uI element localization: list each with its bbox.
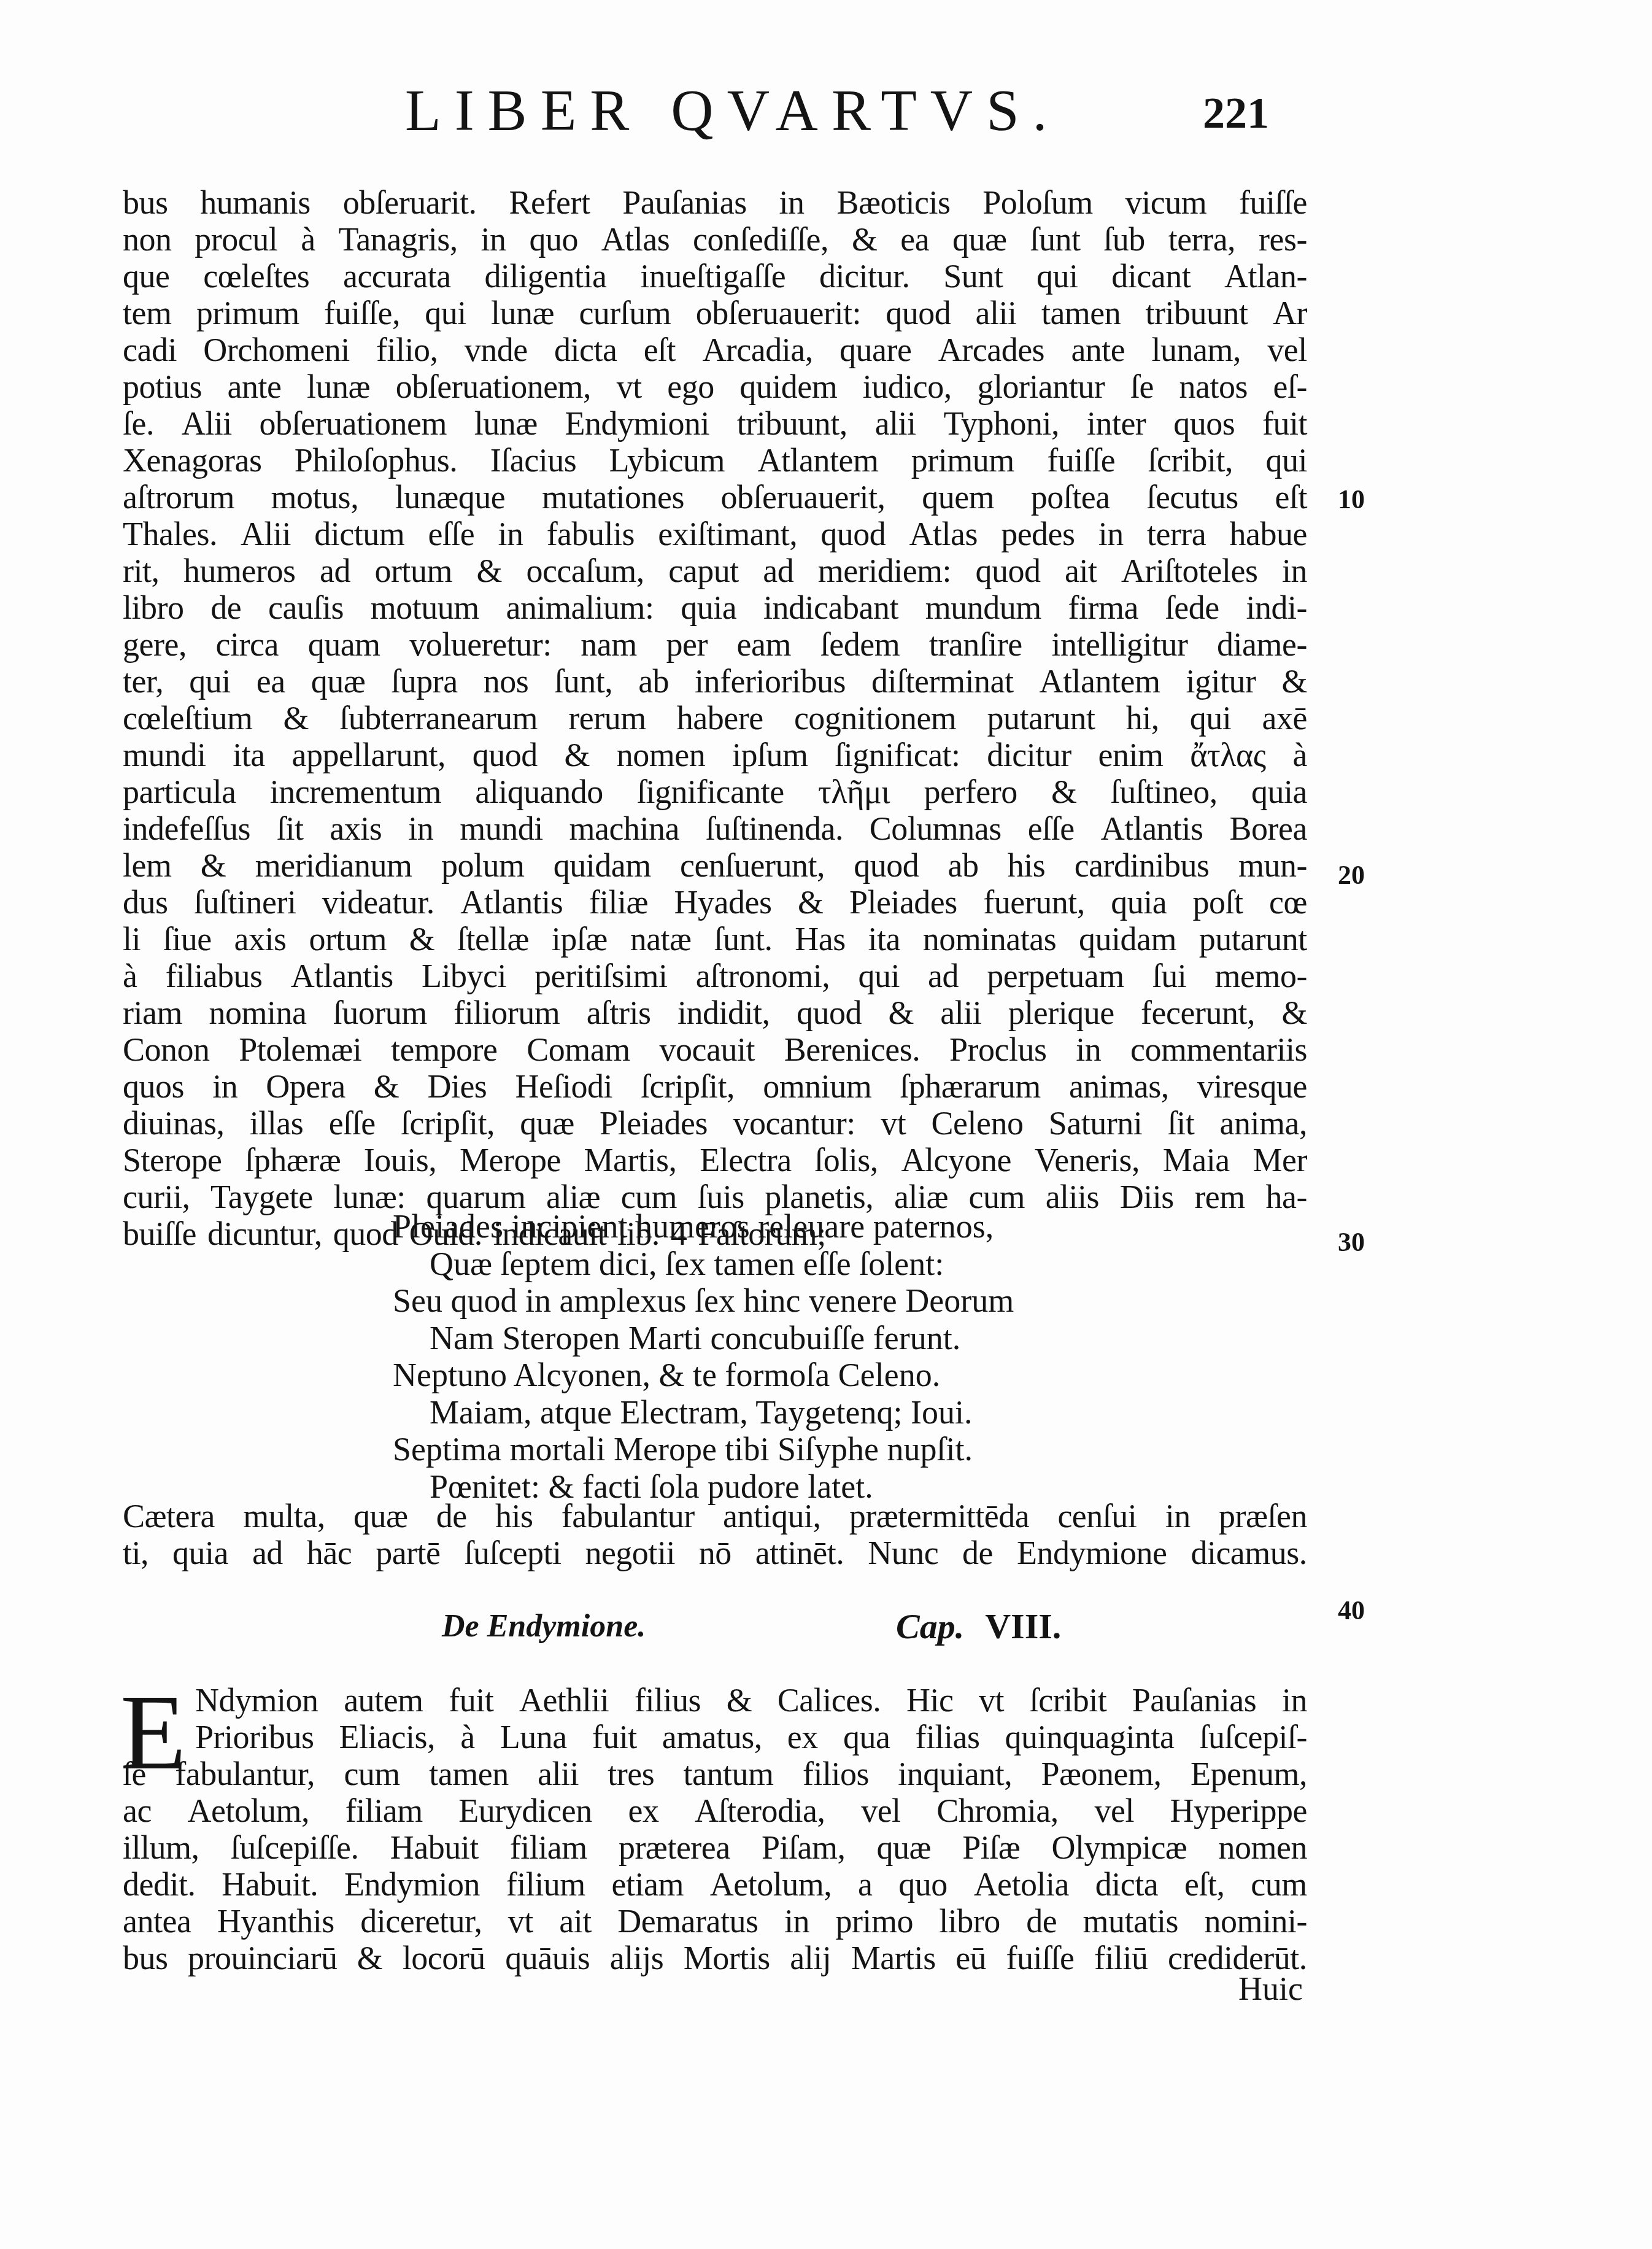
word: Arcadia, — [702, 331, 812, 368]
word: Opera — [266, 1068, 345, 1105]
word: & — [374, 1068, 399, 1105]
word: qui — [1036, 258, 1078, 295]
text-line: riamnominaſuorumfiliorumaſtrisindidit,qu… — [123, 994, 1307, 1031]
word: ti, — [123, 1535, 149, 1571]
word: ego — [667, 368, 714, 405]
word: axis — [234, 921, 287, 958]
verse-line: Seu quod in amplexus ſex hinc venere Deo… — [393, 1282, 1014, 1320]
word: Typhoni, — [943, 405, 1059, 442]
word: Iſacius — [490, 442, 576, 479]
text-line: diuinas,illaseſſeſcripſit,quæPleiadesvoc… — [123, 1105, 1307, 1142]
word: præſen — [1219, 1498, 1307, 1535]
word: filium — [506, 1866, 585, 1903]
word: Heſiodi — [515, 1068, 612, 1105]
word: tranſire — [929, 626, 1022, 663]
word: eſſe — [1028, 810, 1075, 847]
word: ac — [123, 1792, 152, 1829]
word: motuum — [371, 589, 479, 626]
word: ſunt, — [554, 663, 612, 700]
word: qui — [425, 295, 466, 331]
word: Poloſum — [982, 184, 1093, 221]
word: quos — [1173, 405, 1235, 442]
word: Saturni — [1049, 1105, 1143, 1142]
word: ſub — [1103, 221, 1145, 258]
word: & — [476, 552, 502, 589]
word: prouinciarū — [188, 1940, 337, 1976]
word: Orchomeni — [203, 331, 349, 368]
word: alij — [790, 1940, 831, 1976]
word: tribuunt — [1146, 295, 1248, 331]
margin-line-number: 10 — [1338, 484, 1365, 515]
word: ſit — [277, 810, 304, 847]
word: Alii — [241, 516, 291, 552]
word: filio, — [376, 331, 438, 368]
word: quod — [854, 847, 919, 884]
word: Martis, — [584, 1142, 677, 1179]
word: ſuſtinenda. — [706, 810, 843, 847]
word: natæ — [630, 921, 692, 958]
word: dictum — [314, 516, 404, 552]
word: quæ — [952, 221, 1007, 258]
word: Epenum, — [1191, 1755, 1307, 1792]
word: dicitur. — [819, 258, 909, 295]
word: quia — [1251, 773, 1307, 810]
word: ſe. — [123, 405, 154, 442]
word: Aethlii — [519, 1682, 609, 1719]
word: nomen — [617, 737, 705, 773]
word: Pauſanias — [1132, 1682, 1256, 1719]
word: aliis — [1046, 1179, 1100, 1215]
word: poſt — [1193, 884, 1243, 921]
word: particula — [123, 773, 236, 810]
word: vocantur: — [733, 1105, 855, 1142]
word: Alii — [182, 405, 232, 442]
text-line: quosinOpera&DiesHeſiodiſcripſit,omniumſp… — [123, 1068, 1307, 1105]
word: quod — [820, 516, 886, 552]
word: alii — [976, 295, 1017, 331]
word: Luna — [500, 1719, 567, 1755]
word: ſui — [1152, 958, 1187, 994]
word: & — [852, 221, 878, 258]
word: memo- — [1215, 958, 1307, 994]
word: Pauſanias — [622, 184, 746, 221]
word: quæ — [877, 1829, 932, 1866]
word: ſupra — [391, 663, 457, 700]
word: à — [460, 1719, 474, 1755]
word: ſuſcepiſſe. — [231, 1829, 359, 1866]
word: Conon — [123, 1031, 210, 1068]
word: eſſe — [329, 1105, 376, 1142]
word: animas, — [1069, 1068, 1169, 1105]
word: peritiſsimi — [535, 958, 668, 994]
word: & — [1281, 994, 1307, 1031]
text-line: Thales.Aliidictumeſſeinfabulisexiſtimant… — [123, 516, 1307, 552]
word: fecerunt, — [1141, 994, 1255, 1031]
word: nomen — [1219, 1829, 1307, 1866]
word: rem — [1194, 1179, 1245, 1215]
word: in — [1076, 1031, 1101, 1068]
word: diame- — [1217, 626, 1307, 663]
word: ſe — [123, 1755, 146, 1792]
word: res- — [1259, 221, 1307, 258]
word: Celeno — [932, 1105, 1024, 1142]
word: diuinas, — [123, 1105, 225, 1142]
word: à — [123, 958, 137, 994]
word: tamen — [1041, 295, 1121, 331]
word: lunæ — [474, 405, 538, 442]
word: Atlan- — [1224, 258, 1307, 295]
word: ſphæræ — [245, 1142, 341, 1179]
text-line: particulaincrementumaliquandoſignificant… — [123, 773, 1307, 810]
word: Sunt — [943, 258, 1003, 295]
chapter-heading: De Endymione. Cap.VIII. — [0, 1602, 1652, 1651]
word: inueſtigaſſe — [640, 258, 785, 295]
word: & — [284, 700, 309, 737]
word: fabulis — [547, 516, 635, 552]
word: Calices. — [778, 1682, 881, 1719]
word: multa, — [243, 1498, 325, 1535]
word: primum — [196, 295, 299, 331]
word: quod — [473, 737, 538, 773]
word: lem — [123, 847, 171, 884]
word: axē — [1262, 700, 1307, 737]
word: lunæ — [491, 295, 554, 331]
word: autem — [344, 1682, 423, 1719]
word: Hyades — [674, 884, 772, 921]
word: ante — [228, 368, 282, 405]
word: potius — [123, 368, 202, 405]
verse-line: Pleiades incipient humeros releuare pate… — [393, 1208, 1014, 1245]
word: in — [1282, 1682, 1307, 1719]
word: Martis — [851, 1940, 936, 1976]
text-line: ſe.AliiobſeruationemlunæEndymionitribuun… — [123, 405, 1307, 442]
word: nō — [699, 1535, 731, 1571]
word: eſ- — [1273, 368, 1307, 405]
word: dicant — [1111, 258, 1191, 295]
word: per — [666, 626, 707, 663]
word: amatus, — [662, 1719, 762, 1755]
word: ſiue — [163, 921, 212, 958]
word: enim — [1098, 737, 1164, 773]
word: his — [1008, 847, 1046, 884]
word: ſcribit — [1030, 1682, 1106, 1719]
word: cardinibus — [1075, 847, 1210, 884]
word: procul — [195, 221, 277, 258]
word: quo — [529, 221, 578, 258]
word: ipſum — [732, 737, 808, 773]
word: poſtea — [1031, 479, 1110, 516]
verse-line: Quæ ſeptem dici, ſex tamen eſſe ſolent: — [393, 1245, 1014, 1283]
text-line: ſefabulantur,cumtamenaliitrestantumfilio… — [123, 1755, 1307, 1792]
word: de — [1026, 1903, 1057, 1940]
word: qua — [843, 1719, 890, 1755]
word: ſuſtineri — [194, 884, 296, 921]
word: Atlantem — [1039, 663, 1160, 700]
word: curſum — [579, 295, 671, 331]
word: indefeſſus — [123, 810, 250, 847]
word: vocauit — [660, 1031, 755, 1068]
word: obſeruationem, — [396, 368, 591, 405]
word: indidit, — [677, 994, 770, 1031]
word: volueretur: — [409, 626, 551, 663]
word: caput — [668, 552, 738, 589]
word: nos — [484, 663, 529, 700]
word: tamen — [429, 1755, 508, 1792]
word: tantum — [684, 1755, 774, 1792]
word: exiſtimant, — [658, 516, 797, 552]
word: ad — [763, 552, 793, 589]
word: bus — [123, 184, 168, 221]
word: & — [1281, 663, 1307, 700]
word: & — [1051, 773, 1077, 810]
text-line: lem&meridianumpolumquidamcenſuerunt,quod… — [123, 847, 1307, 884]
word: rit, — [123, 552, 160, 589]
word: Piſam, — [762, 1829, 846, 1866]
word: machina — [569, 810, 679, 847]
word: gloriantur — [977, 368, 1105, 405]
word: Dies — [427, 1068, 487, 1105]
word: Has — [795, 921, 845, 958]
word: filiorum — [454, 994, 560, 1031]
word: fuiſſe — [1006, 1940, 1075, 1976]
word: cognitionem — [794, 700, 956, 737]
word: vnde — [465, 331, 528, 368]
word: aſtris — [587, 994, 651, 1031]
word: dicuntur, — [207, 1215, 322, 1252]
word: plerique — [1008, 994, 1114, 1031]
word: Maia — [1163, 1142, 1230, 1179]
word: ſignificat: — [835, 737, 960, 773]
word: & — [201, 847, 226, 884]
word: animalium: — [506, 589, 654, 626]
word: in — [212, 1068, 237, 1105]
word: inferioribus — [695, 663, 846, 700]
word: Ar — [1273, 295, 1307, 331]
word: Mer — [1253, 1142, 1307, 1179]
word: in — [784, 1903, 809, 1940]
word: aſtronomi, — [696, 958, 830, 994]
word: quāuis — [505, 1940, 590, 1976]
word: quæ — [353, 1498, 408, 1535]
word: hāc — [307, 1535, 352, 1571]
word: ſubterranearum — [339, 700, 538, 737]
word: de — [210, 589, 241, 626]
word: ait — [1065, 552, 1097, 589]
word: appellarunt, — [292, 737, 446, 773]
word: tem — [123, 295, 171, 331]
word: cœleſtes — [203, 258, 309, 295]
word: ſcripſit, — [641, 1068, 735, 1105]
word: & — [727, 1682, 752, 1719]
word: quod — [797, 994, 862, 1031]
word: dicta — [1095, 1866, 1158, 1903]
word: ante — [1071, 331, 1125, 368]
word: Hic — [906, 1682, 953, 1719]
word: Endymioni — [565, 405, 710, 442]
word: ab — [638, 663, 669, 700]
text-line: Cæteramulta,quædehisfabulanturantiqui,pr… — [123, 1498, 1307, 1535]
word: Nunc — [868, 1535, 938, 1571]
word: Pleiades — [849, 884, 957, 921]
word: li — [123, 921, 141, 958]
word: diſterminat — [871, 663, 1013, 700]
word: eam — [737, 626, 791, 663]
word: fuiſſe — [1239, 184, 1307, 221]
word: quo — [898, 1866, 948, 1903]
word: tribuunt, — [737, 405, 847, 442]
word: cœ — [1269, 884, 1307, 921]
word: ad — [320, 552, 350, 589]
word: in — [498, 516, 523, 552]
word: mundi — [460, 810, 543, 847]
word: quidam — [1079, 921, 1176, 958]
text-line: anteaHyanthisdiceretur,vtaitDemaratusinp… — [123, 1903, 1307, 1940]
word: cauſis — [268, 589, 344, 626]
word: Sterope — [123, 1142, 222, 1179]
word: eſt, — [1184, 1866, 1224, 1903]
word: cum — [344, 1755, 399, 1792]
word: vel — [1267, 331, 1307, 368]
word: præterea — [619, 1829, 730, 1866]
word: vt — [881, 1105, 906, 1142]
text-line: NdymionautemfuitAethliifilius&Calices.Hi… — [195, 1682, 1307, 1719]
word: primo — [835, 1903, 913, 1940]
chapter-label: Cap. — [896, 1606, 964, 1646]
word: fabulantur — [562, 1498, 695, 1535]
word: prætermittēda — [849, 1498, 1029, 1535]
word: mun- — [1238, 847, 1307, 884]
word: Pæonem, — [1041, 1755, 1162, 1792]
chapter-number: Cap.VIII. — [896, 1602, 1061, 1651]
word: ſuſcepiſ- — [1200, 1719, 1307, 1755]
word: in — [1282, 552, 1307, 589]
word: fuit — [449, 1682, 493, 1719]
text-line: cœleſtium&ſubterranearumrerumhaberecogni… — [123, 700, 1307, 737]
word: à — [1292, 737, 1307, 773]
word: Eurydicen — [458, 1792, 592, 1829]
word: Atlantem — [757, 442, 878, 479]
word: accurata — [343, 258, 451, 295]
word: ortum — [309, 921, 387, 958]
word: indi- — [1246, 589, 1307, 626]
word: Pleiades — [600, 1105, 708, 1142]
word: antiqui, — [723, 1498, 820, 1535]
paragraph-transition: Cæteramulta,quædehisfabulanturantiqui,pr… — [123, 1498, 1307, 1571]
word: Comam — [527, 1031, 630, 1068]
word: ſuorum — [333, 994, 427, 1031]
verse-quotation-ovid-fasti: Pleiades incipient humeros releuare pate… — [393, 1208, 1014, 1505]
word: occaſum, — [526, 552, 644, 589]
word: Piſæ — [962, 1829, 1020, 1866]
word: ſcripſit, — [401, 1105, 495, 1142]
word: nomina — [209, 994, 306, 1031]
margin-line-number: 30 — [1338, 1226, 1365, 1258]
text-line: nonproculàTanagris,inquoAtlasconſediſſe,… — [123, 221, 1307, 258]
word: Eliacis, — [339, 1719, 435, 1755]
word: terra, — [1168, 221, 1235, 258]
text-line: illum,ſuſcepiſſe.HabuitfiliamprætereaPiſ… — [123, 1829, 1307, 1866]
word: ea — [900, 221, 929, 258]
word: cadi — [123, 331, 177, 368]
word: humeros — [183, 552, 295, 589]
word: conſediſſe, — [693, 221, 828, 258]
word: Habuit. — [222, 1866, 318, 1903]
word: eū — [955, 1940, 986, 1976]
word: ſolis, — [814, 1142, 878, 1179]
word: in — [1098, 516, 1124, 552]
word: & — [357, 1940, 383, 1976]
verse-line: Nam Steropen Marti concubuiſſe ferunt. — [393, 1320, 1014, 1357]
word: mutationes — [542, 479, 684, 516]
word: gere, — [123, 626, 187, 663]
verse-line: Neptuno Alcyonen, & te formoſa Celeno. — [393, 1357, 1014, 1394]
word: filiæ — [589, 884, 649, 921]
text-line: SteropeſphæræIouis,MeropeMartis,Electraſ… — [123, 1142, 1307, 1179]
word: Tanagris, — [339, 221, 458, 258]
word: cœleſtium — [123, 700, 252, 737]
word: obſeruauerit: — [696, 295, 861, 331]
word: quod — [976, 552, 1041, 589]
text-line: dedit.Habuit.EndymionfiliumetiamAetolum,… — [123, 1866, 1307, 1903]
page-number: 221 — [1203, 82, 1269, 144]
word: quidam — [554, 847, 651, 884]
word: Thales. — [123, 516, 217, 552]
word: in — [408, 810, 433, 847]
text-line: indefeſſusſitaxisinmundimachinaſuſtinend… — [123, 810, 1307, 847]
word: quam — [308, 626, 380, 663]
word: ipſæ — [552, 921, 608, 958]
word: illas — [250, 1105, 304, 1142]
word: qui — [189, 663, 231, 700]
word: qui — [1190, 700, 1232, 737]
word: fuerunt, — [983, 884, 1084, 921]
word: filiū — [1094, 1940, 1148, 1976]
word: ἄτλας — [1190, 737, 1265, 773]
word: cenſuerunt, — [680, 847, 825, 884]
word: motus, — [271, 479, 359, 516]
word: ex — [628, 1792, 658, 1829]
word: quæ — [311, 663, 366, 700]
word: quare — [840, 331, 911, 368]
word: alii — [940, 994, 981, 1031]
word: ſphærarum — [900, 1068, 1040, 1105]
word: perpetuam — [987, 958, 1124, 994]
word: cenſui — [1057, 1498, 1137, 1535]
word: dedit. — [123, 1866, 195, 1903]
word: libro — [939, 1903, 1000, 1940]
word: obſeruationem — [260, 405, 447, 442]
word: Atlantis — [460, 884, 563, 921]
word: habere — [677, 700, 763, 737]
word: vel — [861, 1792, 900, 1829]
word: iudico, — [863, 368, 952, 405]
word: Proclus — [949, 1031, 1047, 1068]
word: Taygete — [210, 1179, 313, 1215]
word: vicum — [1125, 184, 1206, 221]
word: indicabant — [763, 589, 898, 626]
word: fuiſſe — [1047, 442, 1115, 479]
word: & — [798, 884, 824, 921]
word: obſeruarit. — [343, 184, 477, 221]
word: Veneris, — [1035, 1142, 1140, 1179]
word: quinquaginta — [1005, 1719, 1175, 1755]
word: quos — [123, 1068, 184, 1105]
word: ſunt — [1030, 221, 1080, 258]
running-head: LIBER QVARTVS. 221 — [0, 74, 1652, 147]
word: Borea — [1230, 810, 1307, 847]
word: ea — [257, 663, 285, 700]
word: & — [888, 994, 914, 1031]
